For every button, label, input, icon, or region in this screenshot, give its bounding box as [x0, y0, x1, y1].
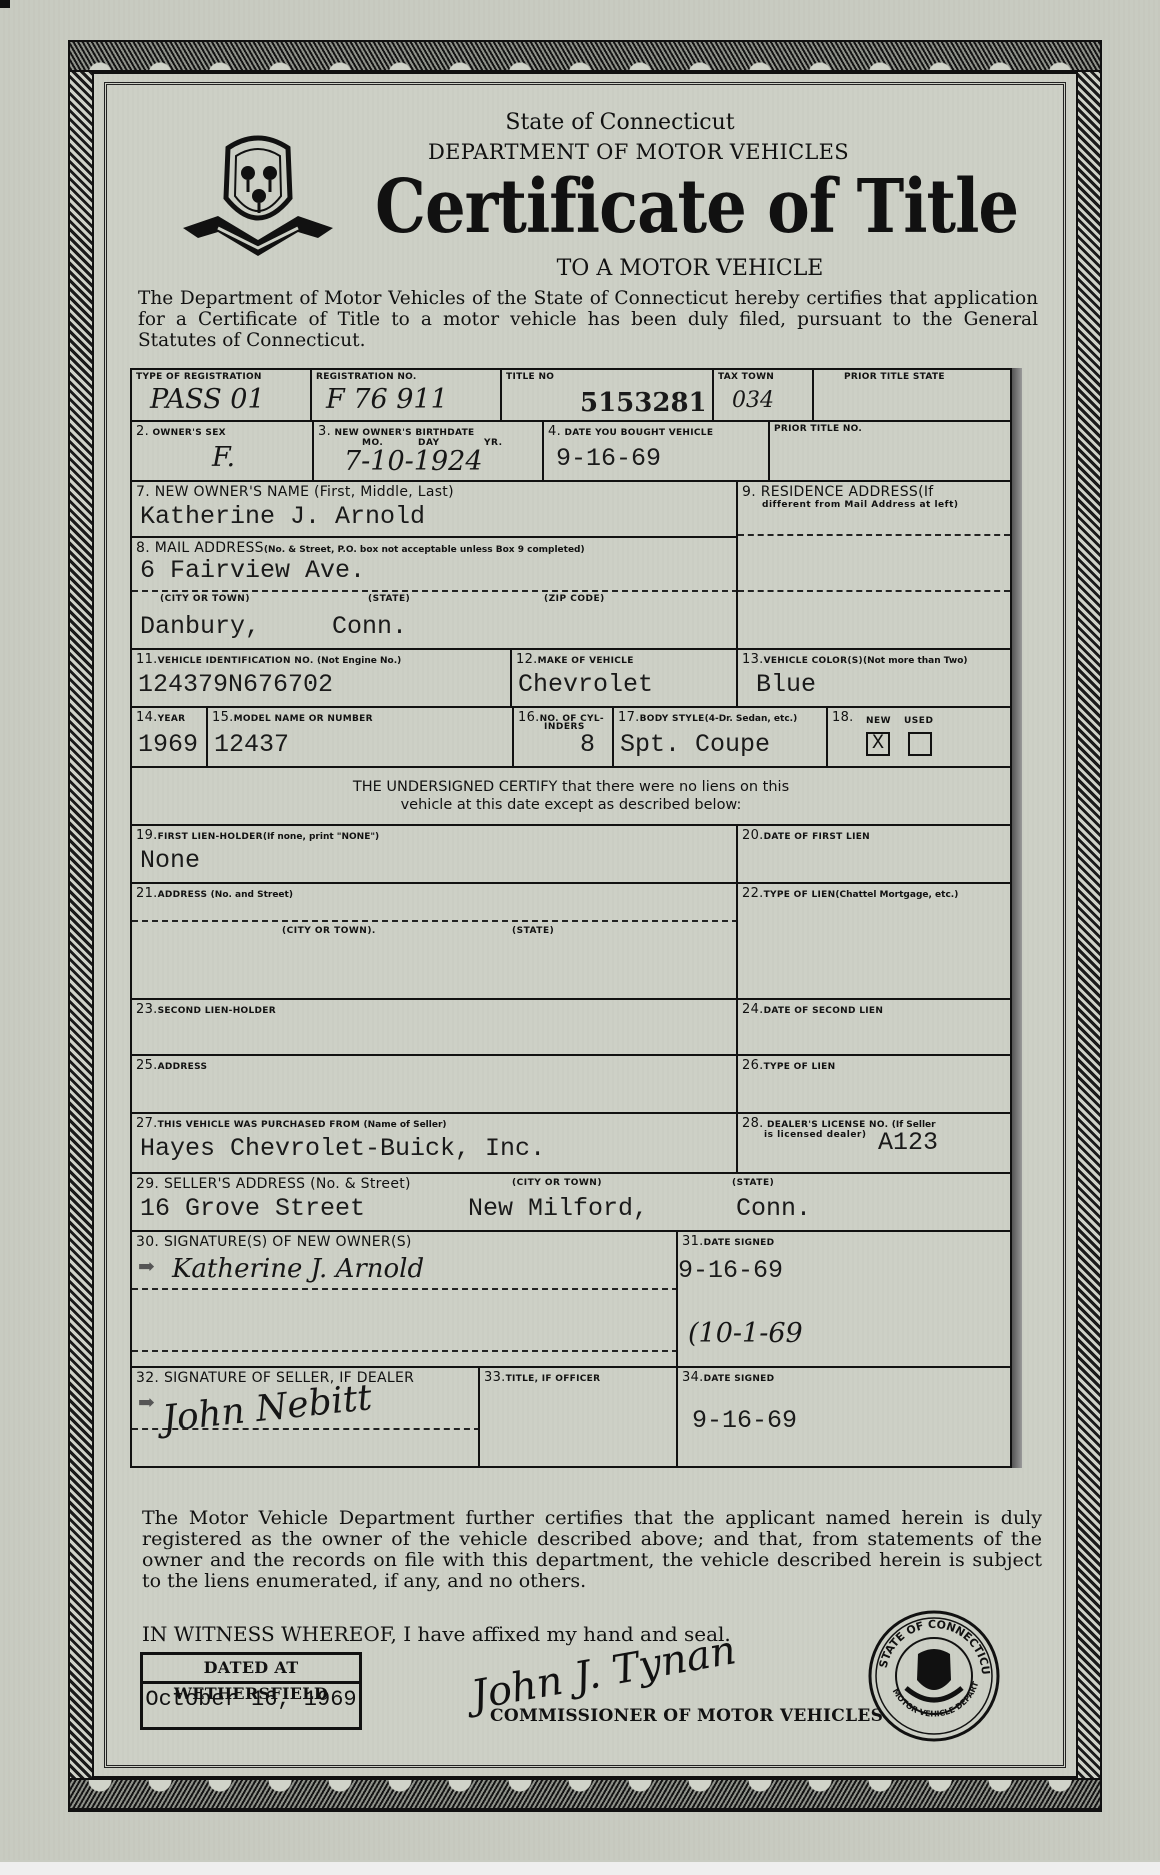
vin-field: 11.VEHICLE IDENTIFICATION NO. (Not Engin…	[132, 650, 512, 708]
document-subtitle: TO A MOTOR VEHICLE	[510, 256, 870, 281]
intro-statement: The Department of Motor Vehicles of the …	[138, 288, 1038, 351]
commissioner-title: COMMISSIONER OF MOTOR VEHICLES	[490, 1706, 883, 1726]
residence-address-field: 9. RESIDENCE ADDRESS(If different from M…	[738, 482, 1010, 650]
color-value: Blue	[756, 670, 816, 699]
seller-address-field: 29. SELLER'S ADDRESS (No. & Street) (CIT…	[132, 1174, 1010, 1232]
owner-name-field: 7. NEW OWNER'S NAME (First, Middle, Last…	[132, 482, 738, 538]
mail-address-field: 8. MAIL ADDRESS(No. & Street, P.O. box n…	[132, 538, 738, 650]
dated-value: October 16, 1969	[143, 1687, 359, 1712]
year-value: 1969	[138, 730, 198, 759]
title-no-value: 5153281	[580, 388, 707, 418]
mail-street-value: 6 Fairview Ave.	[140, 556, 365, 585]
prior-title-no-field: PRIOR TITLE NO.	[770, 422, 1010, 482]
registration-no-value: F 76 911	[326, 384, 448, 415]
department-name: DEPARTMENT OF MOTOR VEHICLES	[380, 140, 988, 164]
type-of-registration-value: PASS 01	[150, 384, 265, 415]
birthdate-field: 3. NEW OWNER'S BIRTHDATE MO. DAY YR. 7-1…	[314, 422, 544, 482]
make-field: 12.MAKE OF VEHICLE Chevrolet	[512, 650, 738, 708]
lien-certification: THE UNDERSIGNED CERTIFY that there were …	[132, 768, 1010, 826]
tax-town-field: TAX TOWN 034	[714, 370, 814, 422]
owners-sex-field: 2. OWNER'S SEX F.	[132, 422, 314, 482]
color-field: 13.VEHICLE COLOR(S)(Not more than Two) B…	[738, 650, 1010, 708]
type-of-registration-field: TYPE OF REGISTRATION PASS 01	[132, 370, 312, 422]
owner-signature-field: 30. SIGNATURE(S) OF NEW OWNER(S) ➡ Kathe…	[132, 1232, 678, 1368]
arrow-icon: ➡	[138, 1254, 155, 1278]
dated-box: DATED AT WETHERSFIELD October 16, 1969	[140, 1652, 362, 1730]
date-bought-field: 4. DATE YOU BOUGHT VEHICLE 9-16-69	[544, 422, 770, 482]
first-lien-date-field: 20.DATE OF FIRST LIEN	[738, 826, 1010, 884]
seller-signature-value[interactable]: John Nebitt	[160, 1377, 373, 1440]
second-lien-type-field: 26.TYPE OF LIEN	[738, 1056, 1010, 1114]
dealer-license-field: 28. DEALER'S LICENSE NO. (If Seller is l…	[738, 1114, 1010, 1174]
first-lienholder-field: 19.FIRST LIEN-HOLDER(If none, print "NON…	[132, 826, 738, 884]
state-name: State of Connecticut	[450, 110, 790, 135]
model-value: 12437	[214, 730, 289, 759]
arrow-icon: ➡	[138, 1390, 155, 1414]
lien-type-field: 22.TYPE OF LIEN(Chattel Mortgage, etc.)	[738, 884, 1010, 1000]
new-used-field: 18. NEW USED X	[828, 708, 1010, 768]
body-style-value: Spt. Coupe	[620, 730, 770, 759]
make-value: Chevrolet	[518, 670, 653, 699]
registration-no-field: REGISTRATION NO. F 76 911	[312, 370, 502, 422]
lien-address-field: 21.ADDRESS (No. and Street) (CITY OR TOW…	[132, 884, 738, 1000]
dated-label: DATED AT WETHERSFIELD	[143, 1655, 359, 1684]
form-shadow	[1012, 368, 1022, 1468]
year-field: 14.YEAR 1969	[132, 708, 208, 768]
ornamental-border-bottom	[68, 1778, 1102, 1810]
date-signed-34-field: 34.DATE SIGNED 9-16-69	[678, 1368, 1010, 1466]
seller-street-value: 16 Grove Street	[140, 1194, 365, 1223]
dealer-license-value: A123	[878, 1128, 938, 1157]
closing-statement: The Motor Vehicle Department further cer…	[142, 1508, 1042, 1592]
mail-city-value: Danbury,	[140, 612, 260, 641]
date-bought-value: 9-16-69	[556, 444, 661, 473]
birthdate-value: 7-10-1924	[344, 446, 483, 477]
cylinders-field: 16.NO. OF CYL- INDERS 8	[514, 708, 614, 768]
vin-value: 124379N676702	[138, 670, 333, 699]
first-lienholder-value: None	[140, 846, 200, 875]
body-style-field: 17.BODY STYLE(4-Dr. Sedan, etc.) Spt. Co…	[614, 708, 828, 768]
date-signed-31-field: 31.DATE SIGNED 9-16-69 (10-1-69	[678, 1232, 1010, 1368]
title-form: TYPE OF REGISTRATION PASS 01 REGISTRATIO…	[130, 368, 1012, 1468]
seller-value: Hayes Chevrolet-Buick, Inc.	[140, 1134, 545, 1163]
model-field: 15.MODEL NAME OR NUMBER 12437	[208, 708, 514, 768]
officer-title-field: 33.TITLE, IF OFFICER	[480, 1368, 678, 1466]
date-signed-34-value: 9-16-69	[692, 1406, 797, 1435]
seller-city-value: New Milford,	[468, 1194, 648, 1223]
tax-town-value: 034	[732, 388, 774, 413]
seller-state-value: Conn.	[736, 1194, 811, 1223]
connecticut-crest-icon	[178, 128, 338, 268]
ornamental-border-top	[68, 40, 1102, 72]
seller-signature-field: 32. SIGNATURE OF SELLER, IF DEALER ➡ Joh…	[132, 1368, 480, 1466]
title-no-field: TITLE NO 5153281	[502, 370, 714, 422]
state-seal-icon: STATE OF CONNECTICUT MOTOR VEHICLE DEPAR…	[866, 1608, 1002, 1744]
new-checkbox[interactable]: X	[866, 732, 890, 756]
owner-name-value: Katherine J. Arnold	[140, 502, 425, 531]
date-signed-31-value: 9-16-69	[678, 1256, 783, 1285]
owner-signature-value[interactable]: Katherine J. Arnold	[172, 1254, 424, 1284]
document-title: Certificate of Title	[365, 164, 1025, 250]
mail-state-value: Conn.	[332, 612, 407, 641]
second-lienholder-field: 23.SECOND LIEN-HOLDER	[132, 1000, 738, 1056]
scan-mark	[0, 0, 10, 8]
used-checkbox[interactable]	[908, 732, 932, 756]
seller-field: 27.THIS VEHICLE WAS PURCHASED FROM (Name…	[132, 1114, 738, 1174]
page-edge	[0, 1862, 1160, 1875]
prior-title-state-field: PRIOR TITLE STATE	[814, 370, 1010, 422]
date-signed-31-handwritten: (10-1-69	[688, 1318, 803, 1349]
second-lien-date-field: 24.DATE OF SECOND LIEN	[738, 1000, 1010, 1056]
second-address-field: 25.ADDRESS	[132, 1056, 738, 1114]
cylinders-value: 8	[580, 730, 595, 759]
owners-sex-value: F.	[212, 442, 235, 473]
